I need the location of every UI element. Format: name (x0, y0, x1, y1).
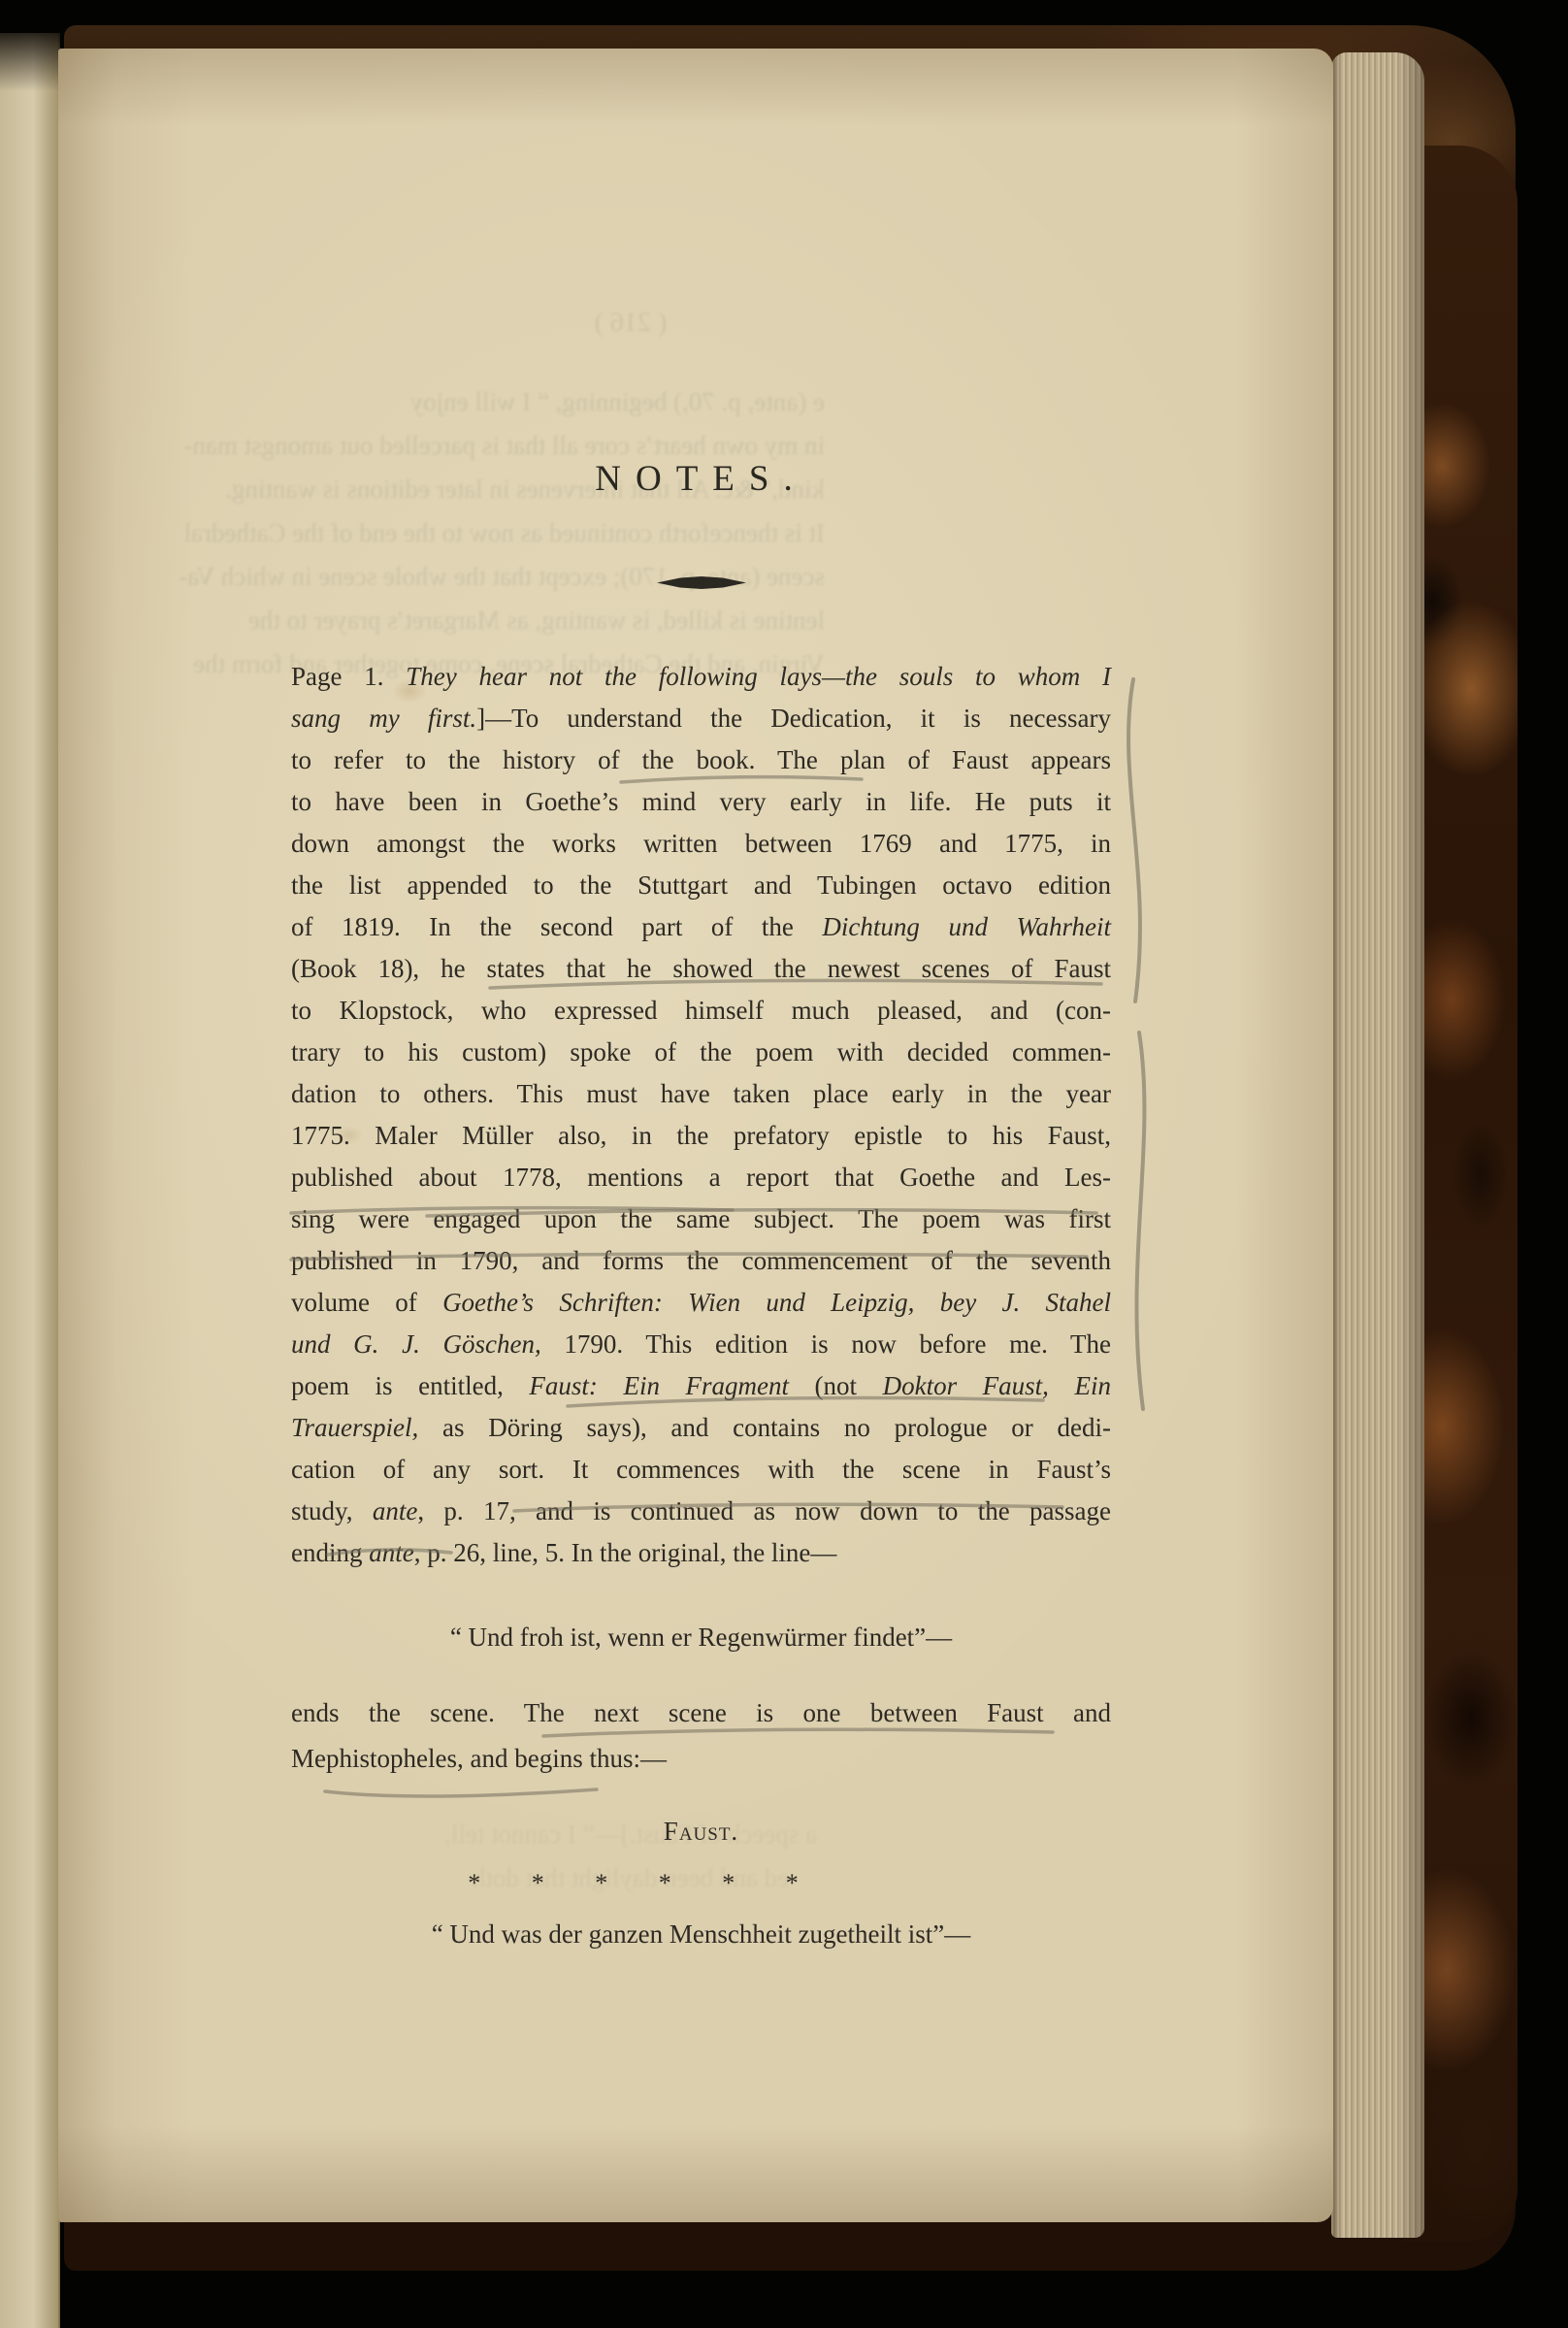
book-photograph: ( 216 ) e (ante, p. 70,) beginning, “ I … (0, 0, 1568, 2328)
pencil-annotations (0, 0, 1568, 2328)
